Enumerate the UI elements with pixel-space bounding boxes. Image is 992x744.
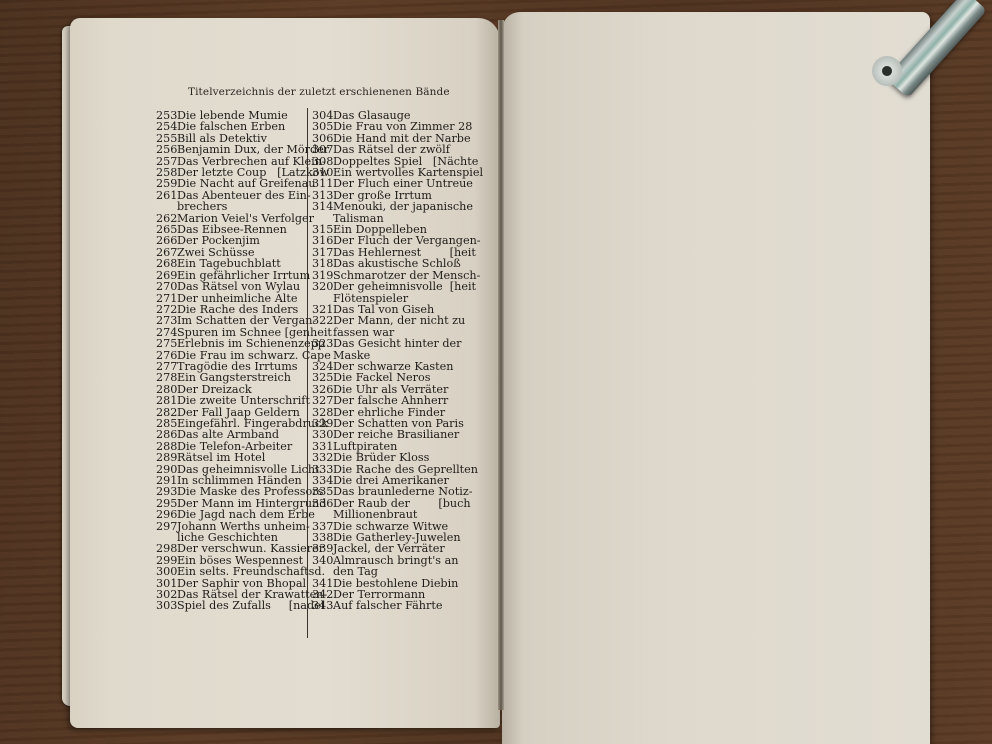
list-item: 275Erlebnis im Schienenzepp: [156, 338, 306, 349]
volume-title: Ein Tagebuchblatt: [177, 258, 281, 269]
volume-number: 273: [156, 315, 177, 326]
list-item: 323Das Gesicht hinter der: [312, 338, 472, 349]
volume-number: 289: [156, 452, 177, 463]
pen-end-icon: [872, 56, 902, 86]
list-item: 314Menouki, der japanische: [312, 201, 472, 212]
book-gutter: [498, 20, 504, 710]
volume-title: Die Brüder Kloss: [333, 452, 429, 463]
list-item: 281Die zweite Unterschrift: [156, 395, 306, 406]
list-item: 256Benjamin Dux, der Mörder: [156, 144, 306, 155]
volume-title: Der falsche Ahnherr: [333, 395, 448, 406]
volume-number: 336: [312, 498, 333, 509]
volume-number: 300: [156, 566, 177, 577]
list-item: 343Auf falscher Fährte: [312, 600, 472, 611]
title-list-left-column: 253Die lebende Mumie254Die falschen Erbe…: [156, 110, 306, 612]
volume-number: 261: [156, 190, 177, 201]
list-item: 296Die Jagd nach dem Erbe: [156, 509, 306, 520]
volume-number: 323: [312, 338, 333, 349]
volume-number: 256: [156, 144, 177, 155]
volume-title: Das Rätsel der zwölf: [333, 144, 450, 155]
list-item: 327Der falsche Ahnherr: [312, 395, 472, 406]
volume-number: 332: [312, 452, 333, 463]
volume-title: Das Rätsel von Wylau: [177, 281, 300, 292]
right-page-blank: [502, 12, 930, 744]
volume-number: 343: [312, 600, 333, 611]
volume-title: Auf falscher Fährte: [333, 600, 442, 611]
volume-number: 303: [156, 600, 177, 611]
volume-number: 327: [312, 395, 333, 406]
volume-number: 275: [156, 338, 177, 349]
volume-number: 307: [312, 144, 333, 155]
volume-title: Das akustische Schloß: [333, 258, 461, 269]
volume-number: 314: [312, 201, 333, 212]
volume-title: Das Gesicht hinter der: [333, 338, 461, 349]
list-item: 268Ein Tagebuchblatt: [156, 258, 306, 269]
volume-title: Der geheimnisvolle [heit: [333, 281, 476, 292]
list-item: 307Das Rätsel der zwölf: [312, 144, 472, 155]
list-item: 270Das Rätsel von Wylau: [156, 281, 306, 292]
volume-title: Menouki, der japanische: [333, 201, 473, 212]
title-list-right-column: 304Das Glasauge305Die Frau von Zimmer 28…: [312, 110, 472, 612]
volume-number: 322: [312, 315, 333, 326]
list-item: 318Das akustische Schloß: [312, 258, 472, 269]
volume-title: Benjamin Dux, der Mörder: [177, 144, 329, 155]
volume-title: Erlebnis im Schienenzepp: [177, 338, 325, 349]
volume-number: 270: [156, 281, 177, 292]
volume-title-continuation: den Tag: [312, 566, 472, 577]
list-item: 322Der Mann, der nicht zu: [312, 315, 472, 326]
list-item: 289Rätsel im Hotel: [156, 452, 306, 463]
page-title: Titelverzeichnis der zuletzt erschienene…: [188, 86, 438, 98]
volume-title: Rätsel im Hotel: [177, 452, 265, 463]
list-item: 332Die Brüder Kloss: [312, 452, 472, 463]
list-item: 320Der geheimnisvolle [heit: [312, 281, 472, 292]
volume-title: Ein selts. Freundschaftsd.: [177, 566, 325, 577]
volume-number: 297: [156, 521, 177, 532]
list-item: 300Ein selts. Freundschaftsd.: [156, 566, 306, 577]
volume-number: 281: [156, 395, 177, 406]
list-item: 303Spiel des Zufalls [nadel: [156, 600, 306, 611]
volume-title-continuation: brechers: [156, 201, 306, 212]
volume-title: Die Jagd nach dem Erbe: [177, 509, 315, 520]
volume-title: Im Schatten der Vergan-: [177, 315, 316, 326]
volume-number: 318: [312, 258, 333, 269]
volume-title: Spiel des Zufalls [nadel: [177, 600, 324, 611]
volume-title: Die zweite Unterschrift: [177, 395, 310, 406]
list-item: 273Im Schatten der Vergan-: [156, 315, 306, 326]
volume-number: 320: [312, 281, 333, 292]
volume-number: 268: [156, 258, 177, 269]
volume-number: 296: [156, 509, 177, 520]
volume-number: 340: [312, 555, 333, 566]
volume-title: Der Mann, der nicht zu: [333, 315, 465, 326]
volume-title-continuation: Millionenbraut: [312, 509, 472, 520]
